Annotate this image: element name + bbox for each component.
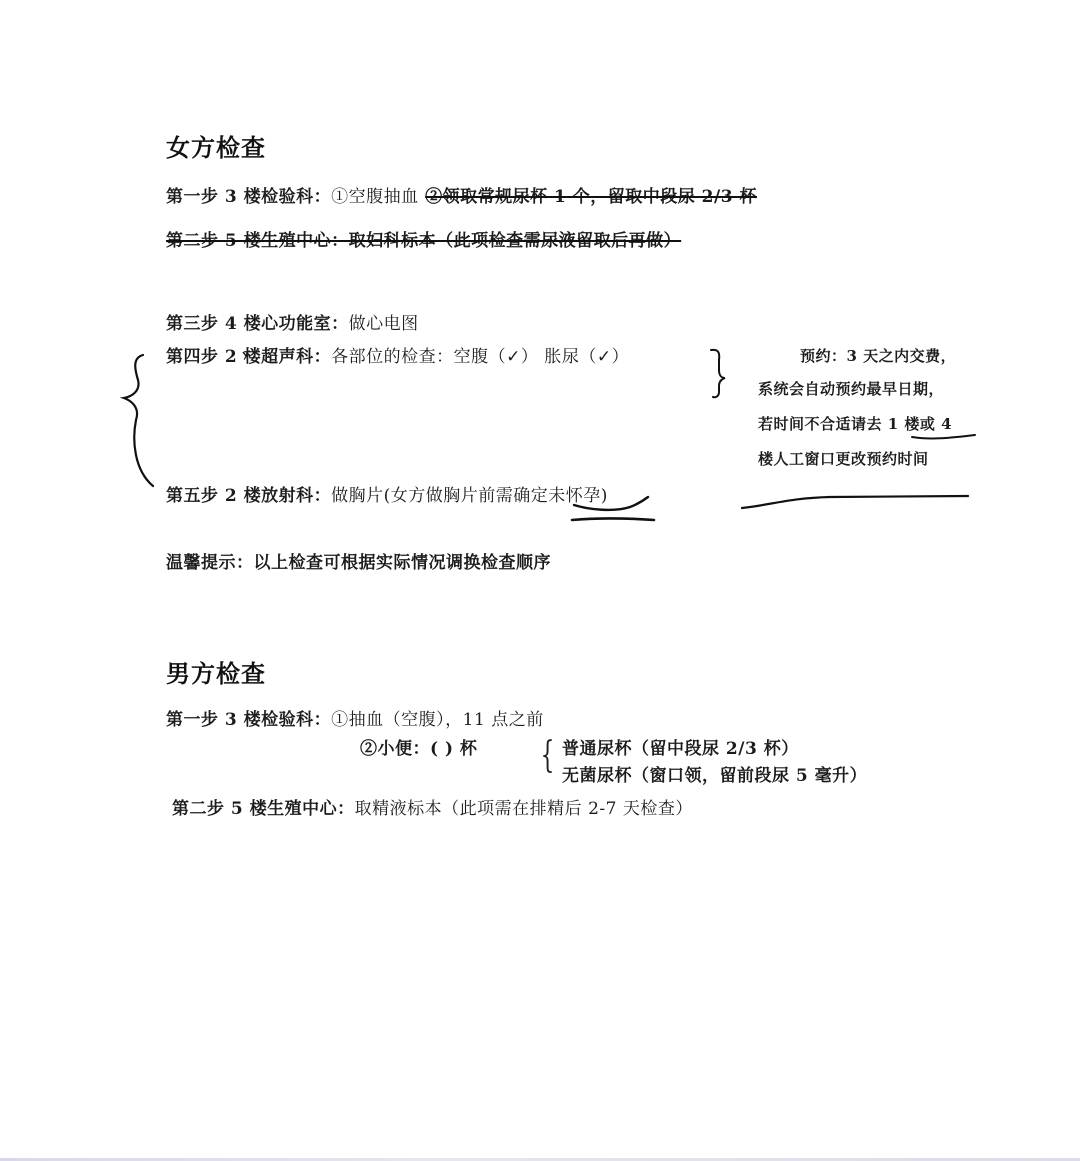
female-section-title: 女方检查 bbox=[166, 128, 266, 163]
step-location: 3 楼检验科： bbox=[225, 710, 331, 730]
appointment-note-line1: 预约：3 天之内交费， bbox=[800, 345, 956, 366]
scanned-document-page: 女方检查 第一步 3 楼检验科：①空腹抽血 ②领取常规尿杯 1 个，留取中段尿 … bbox=[0, 0, 1080, 1161]
step-label: 第五步 bbox=[166, 486, 219, 506]
appointment-note-line4: 楼人工窗口更改预约时间 bbox=[758, 448, 929, 469]
step-location: 2 楼超声科： bbox=[225, 347, 331, 367]
step-end: ） bbox=[612, 347, 630, 367]
male-step1-item2: ②小便：( ) 杯 bbox=[360, 734, 477, 759]
step-location: 2 楼放射科： bbox=[225, 486, 331, 506]
step-mid: ） 胀尿（ bbox=[521, 347, 597, 367]
step-item1: ①抽血（空腹），11 点之前 bbox=[331, 710, 544, 730]
step-label: 第一步 bbox=[166, 710, 219, 730]
step-content: 做心电图 bbox=[349, 314, 419, 334]
step-content: 取精液标本（此项需在排精后 2-7 天检查） bbox=[355, 799, 693, 819]
left-brace-icon bbox=[124, 355, 153, 486]
right-brace-icon bbox=[711, 350, 725, 397]
step-label: 第一步 bbox=[166, 187, 219, 207]
male-step1: 第一步 3 楼检验科：①抽血（空腹），11 点之前 bbox=[166, 705, 544, 730]
male-step2: 第二步 5 楼生殖中心：取精液标本（此项需在排精后 2-7 天检查） bbox=[172, 794, 693, 819]
step-content: 做胸片(女方做胸片前需确定未怀孕) bbox=[331, 486, 608, 506]
step-label: 第四步 bbox=[166, 347, 219, 367]
appointment-note-line2: 系统会自动预约最早日期， bbox=[758, 378, 944, 399]
appointment-note-line3: 若时间不合适请去 1 楼或 4 bbox=[758, 413, 952, 434]
male-urine-option1: 普通尿杯（留中段尿 2/3 杯） bbox=[562, 734, 799, 759]
female-step1: 第一步 3 楼检验科：①空腹抽血 ②领取常规尿杯 1 个，留取中段尿 2/3 杯 bbox=[166, 182, 757, 207]
underline-mark bbox=[742, 496, 968, 508]
handwritten-annotations bbox=[0, 0, 1080, 1161]
step-content: 各部位的检查：空腹（ bbox=[331, 347, 506, 367]
female-tip: 温馨提示：以上检查可根据实际情况调换检查顺序 bbox=[166, 548, 551, 573]
male-section-title: 男方检查 bbox=[166, 654, 266, 689]
step-label: 第三步 bbox=[166, 314, 219, 334]
step-location: 5 楼生殖中心： bbox=[231, 799, 355, 819]
checkmark-icon: ✓ bbox=[506, 347, 521, 367]
step-location: 4 楼心功能室： bbox=[225, 314, 349, 334]
female-step2-struck: 第二步 5 楼生殖中心：取妇科标本（此项检查需尿液留取后再做） bbox=[166, 226, 681, 251]
step-label: 第二步 bbox=[172, 799, 225, 819]
step-item2-struck: ②领取常规尿杯 1 个，留取中段尿 2/3 杯 bbox=[425, 187, 757, 207]
female-step3: 第三步 4 楼心功能室：做心电图 bbox=[166, 309, 419, 334]
female-step4: 第四步 2 楼超声科：各部位的检查：空腹（✓） 胀尿（✓） bbox=[166, 342, 629, 367]
underline-mark bbox=[912, 435, 975, 438]
step-item1: ①空腹抽血 bbox=[331, 187, 419, 207]
step-location: 3 楼检验科： bbox=[225, 187, 331, 207]
female-step5: 第五步 2 楼放射科：做胸片(女方做胸片前需确定未怀孕) bbox=[166, 481, 608, 506]
underline-mark bbox=[572, 519, 654, 521]
male-urine-option2: 无菌尿杯（窗口领，留前段尿 5 毫升） bbox=[562, 761, 867, 786]
brace-icon: { bbox=[541, 732, 555, 780]
handwritten-checkmark-icon: ✓ bbox=[597, 347, 612, 367]
